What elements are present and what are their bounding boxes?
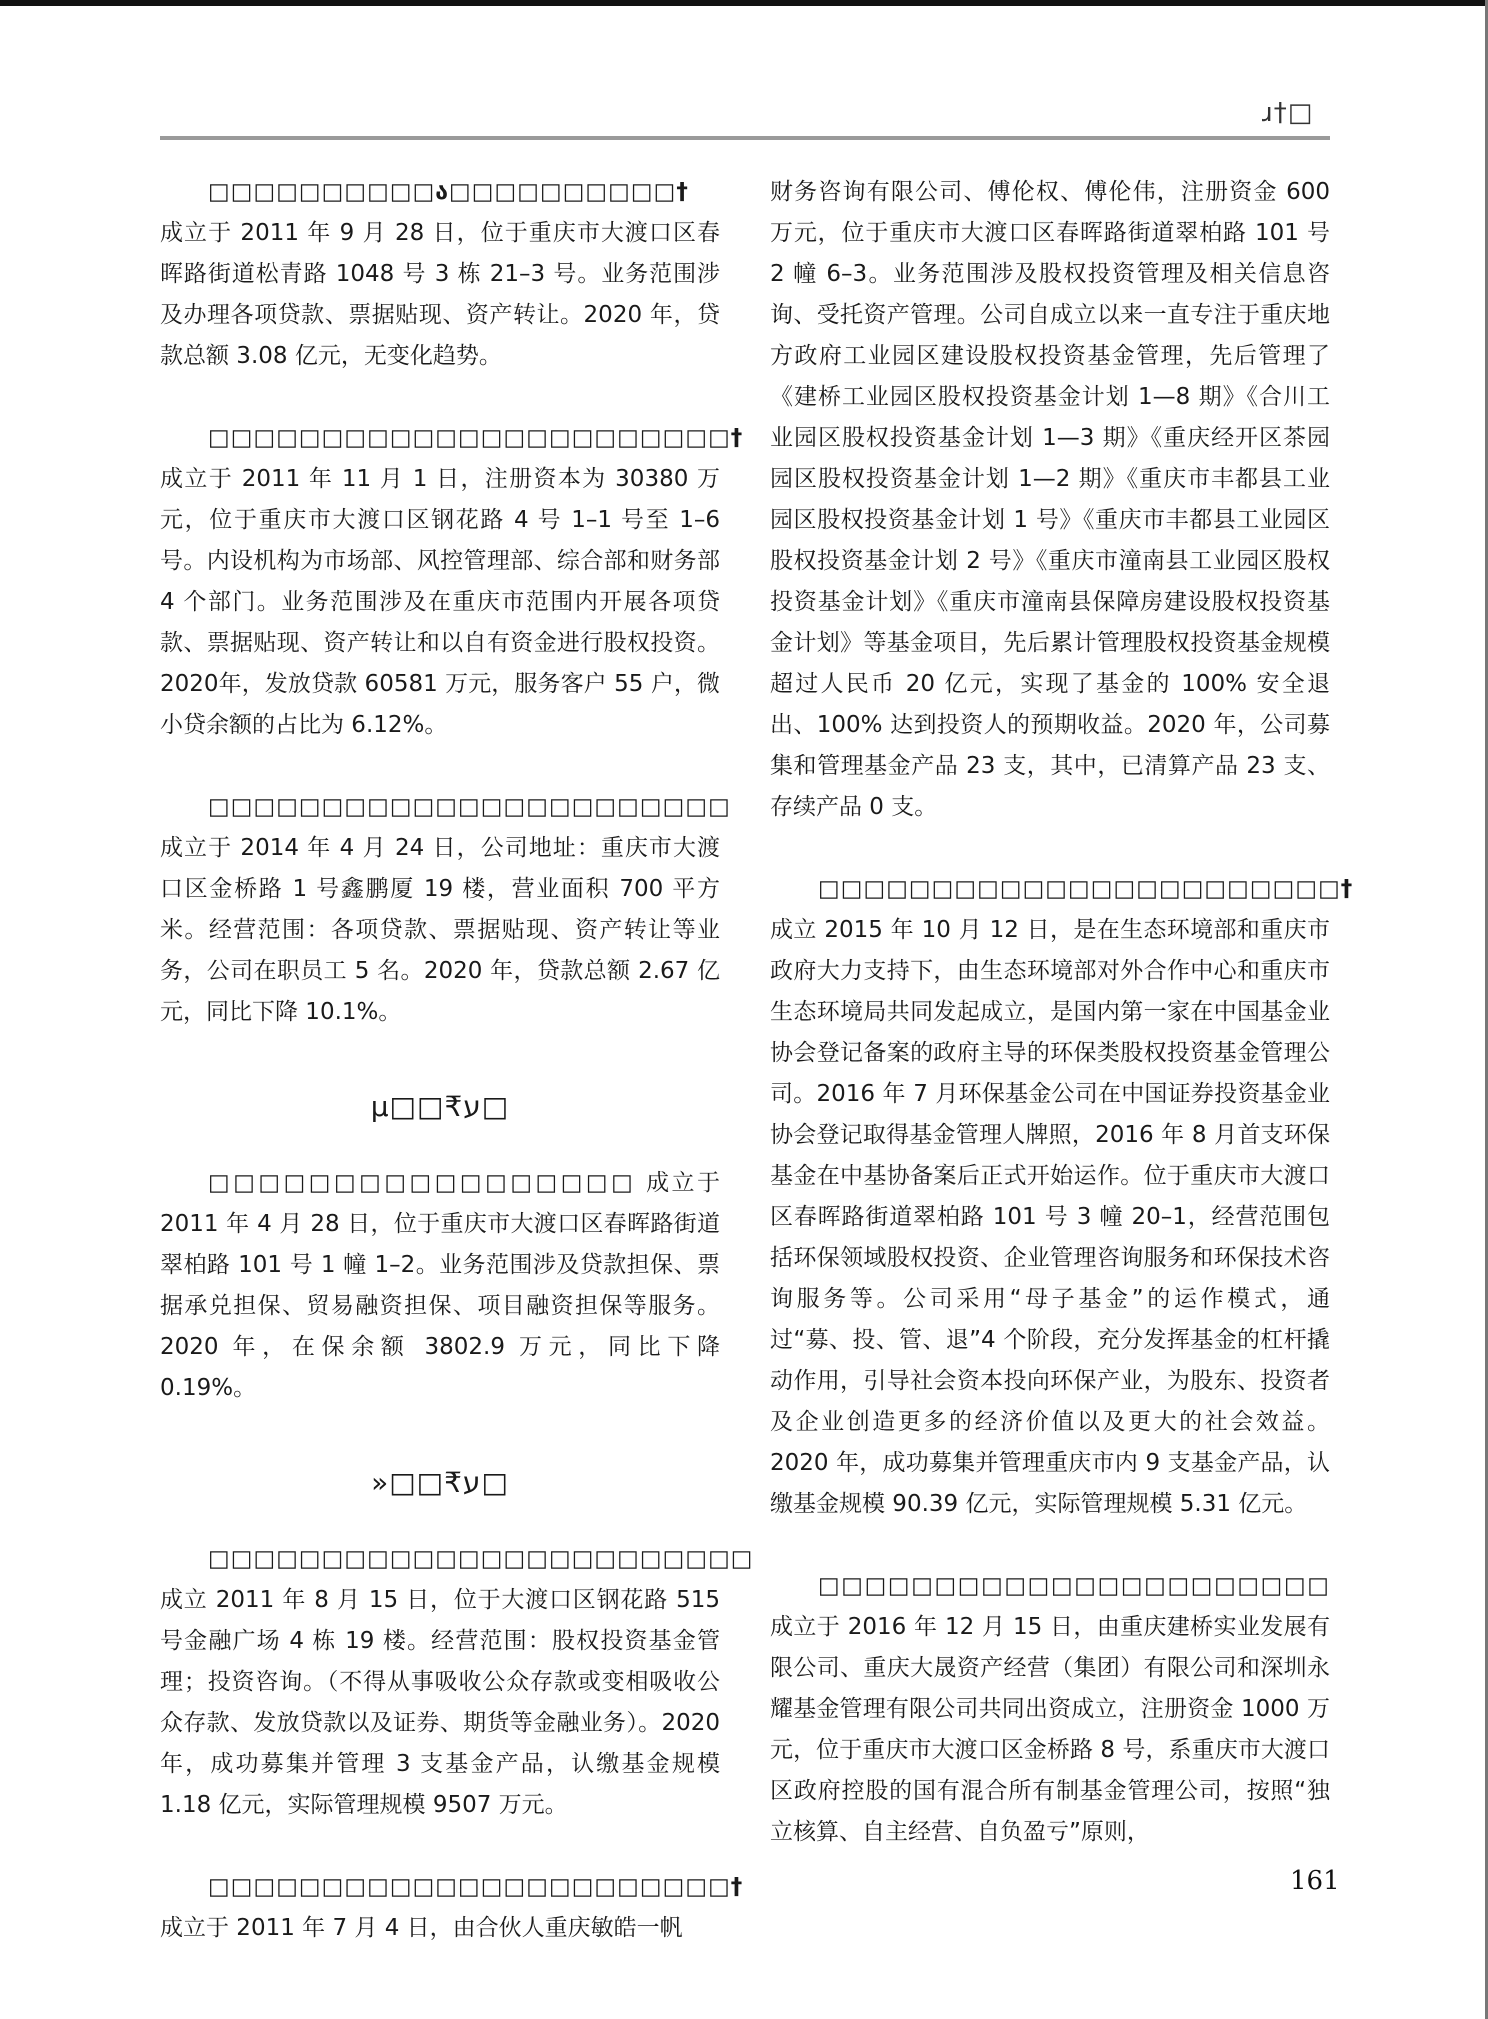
entry: □□□□□□□□□□□□□□□□□□□□□□□ 成立于 2014 年 4 月 2… (160, 787, 720, 1033)
entry: □□□□□□□□□□□□□□□□□□□□□□□† 成立于 2011 年 11 月… (160, 418, 720, 746)
top-border (0, 0, 1488, 6)
entry-continuation: 财务咨询有限公司、傅伦权、傅伦伟，注册资金 600 万元，位于重庆市大渡口区春晖… (770, 172, 1330, 828)
left-column: □□□□□□□□□□ა□□□□□□□□□□† 成立于 2011 年 9 月 28… (160, 172, 720, 1949)
entry-body: 成立于 2016 年 12 月 15 日，由重庆建桥实业发展有限公司、重庆大晟资… (770, 1614, 1330, 1845)
entry-body: 成立 2015 年 10 月 12 日，是在生态环境部和重庆市政府大力支持下，由… (770, 917, 1330, 1517)
running-head: ɹ†□ (1262, 98, 1313, 128)
entry: □□□□□□□□□□□□□□□□□□□□□□ 成立于 2016 年 12 月 1… (770, 1566, 1330, 1853)
entry-heading: □□□□□□□□□□□□□□□□□□□□□□ (770, 1573, 1330, 1599)
header-rule (160, 136, 1330, 140)
entry-heading: □□□□□□□□□□□□□□□□□ (160, 1170, 636, 1196)
entry: □□□□□□□□□□□□□□□□□□□□□□□† 成立于 2011 年 7 月 … (160, 1867, 720, 1949)
entry-body: 成立 2011 年 8 月 15 日，位于大渡口区钢花路 515 号金融广场 4… (160, 1587, 720, 1818)
section-heading: µ□□₹ע□ (160, 1086, 720, 1127)
entry-body: 成立于 2011 年 11 月 1 日，注册资本为 30380 万元，位于重庆市… (160, 466, 720, 738)
entry-heading: □□□□□□□□□□ა□□□□□□□□□□† (160, 179, 689, 205)
entry-body: 成立于 2011 年 9 月 28 日，位于重庆市大渡口区春晖路街道松青路 10… (160, 220, 720, 369)
section-heading: »□□₹ע□ (160, 1462, 720, 1503)
entry: □□□□□□□□□□□□□□□□□□□□□□□† 成立 2015 年 10 月 … (770, 869, 1330, 1525)
entry-heading: □□□□□□□□□□□□□□□□□□□□□□□† (160, 425, 743, 451)
entry-body: 成立于 2011 年 7 月 4 日，由合伙人重庆敏皓一帆 (160, 1915, 683, 1941)
entry-heading: □□□□□□□□□□□□□□□□□□□□□□□† (160, 1874, 743, 1900)
page-number: 161 (1290, 1866, 1340, 1896)
entry-body: 成立于 2011 年 4 月 28 日，位于重庆市大渡口区春晖路街道翠柏路 10… (160, 1170, 720, 1401)
entry: □□□□□□□□□□□□□□□□□□□□□□□□ 成立 2011 年 8 月 1… (160, 1539, 720, 1826)
right-column: 财务咨询有限公司、傅伦权、傅伦伟，注册资金 600 万元，位于重庆市大渡口区春晖… (770, 172, 1330, 1853)
entry: □□□□□□□□□□ა□□□□□□□□□□† 成立于 2011 年 9 月 28… (160, 172, 720, 377)
entry-heading: □□□□□□□□□□□□□□□□□□□□□□□† (770, 876, 1353, 902)
entry-heading: □□□□□□□□□□□□□□□□□□□□□□□□ (160, 1546, 754, 1572)
entry-body: 成立于 2014 年 4 月 24 日，公司地址：重庆市大渡口区金桥路 1 号鑫… (160, 835, 720, 1025)
entry: □□□□□□□□□□□□□□□□□ 成立于 2011 年 4 月 28 日，位于… (160, 1163, 720, 1409)
entry-heading: □□□□□□□□□□□□□□□□□□□□□□□ (160, 794, 731, 820)
